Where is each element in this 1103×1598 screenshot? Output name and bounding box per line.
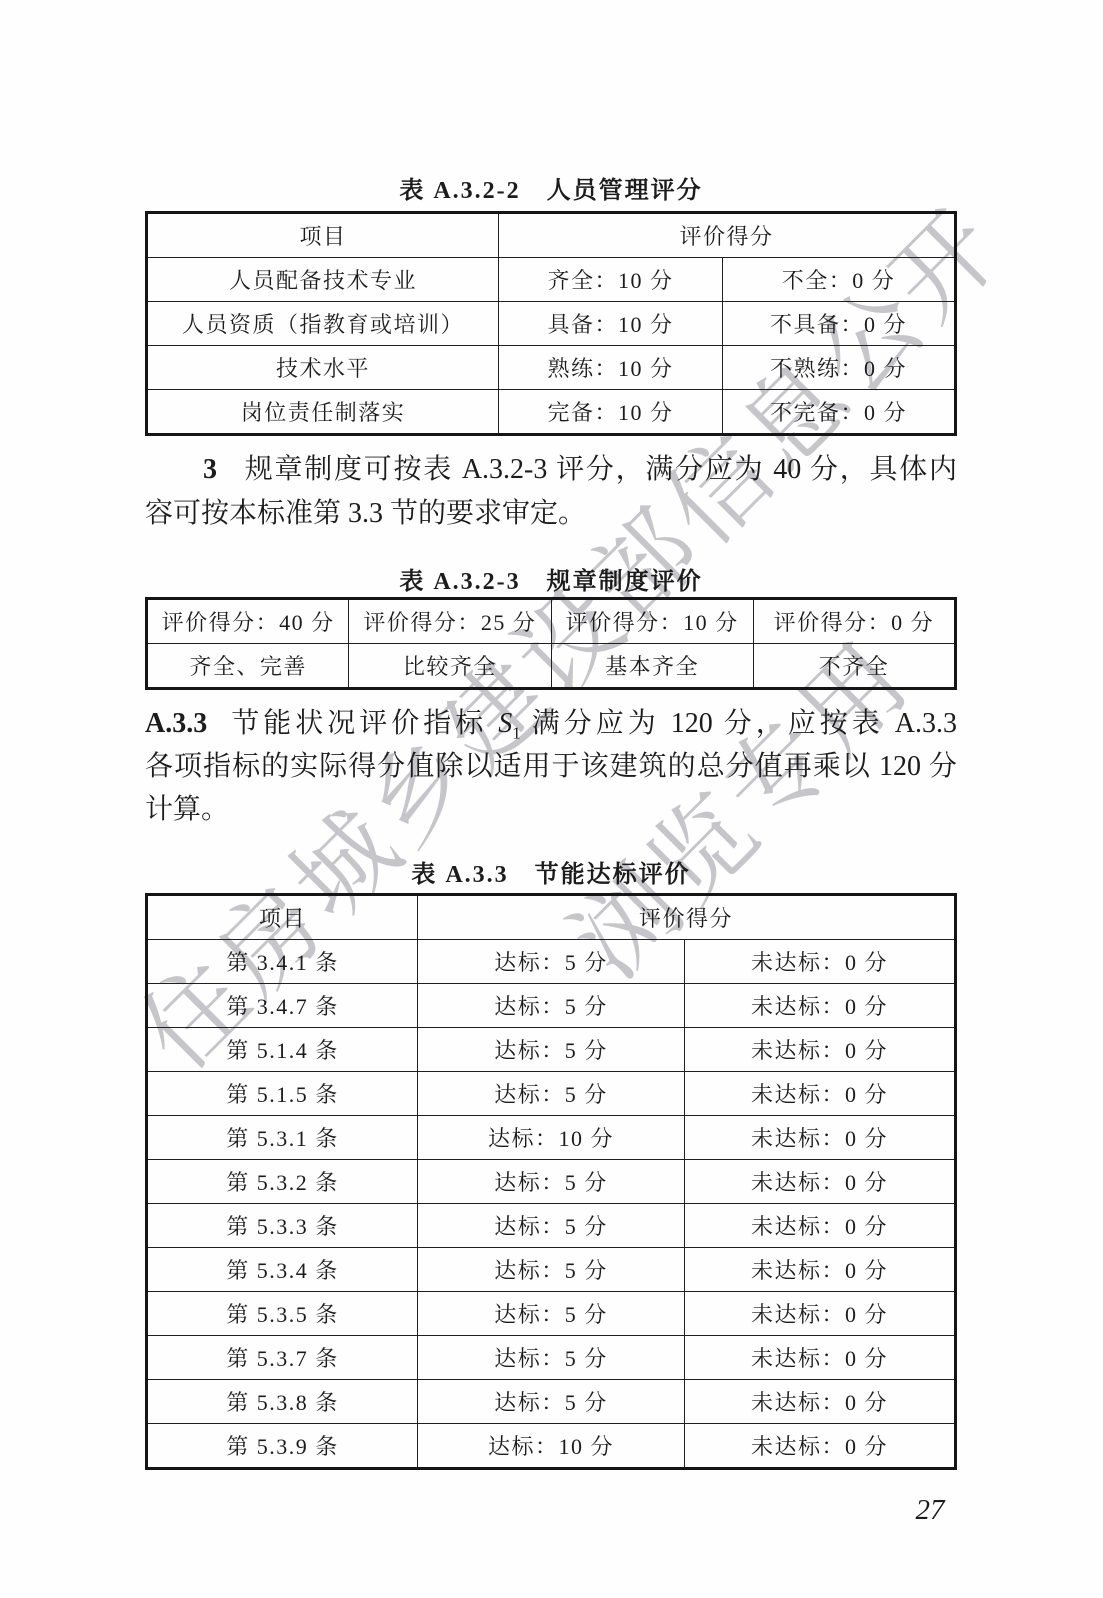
cell-item: 第 5.1.4 条 [147,1028,418,1072]
table3-header-item: 项目 [147,895,418,940]
cell-fail: 未达标：0 分 [684,1204,955,1248]
table-row: 第 3.4.7 条 达标：5 分 未达标：0 分 [147,984,956,1028]
cell-pass: 达标：5 分 [418,940,685,984]
table1-header-row: 项目 评价得分 [147,213,956,258]
table3-title: 表 A.3.3 节能达标评价 [145,854,957,889]
document-page: 住房城乡建设部信息公开 浏览专用 表 A.3.2-2 人员管理评分 项目 评价得… [0,0,1103,1598]
table2-grade-row: 齐全、完善 比较齐全 基本齐全 不齐全 [147,644,956,689]
cell-item: 第 5.3.4 条 [147,1248,418,1292]
paragraph-text: 各项指标的实际得分值除以适用于该建筑的总分值再乘以 120 分 [145,751,957,782]
cell-pass: 齐全：10 分 [498,258,722,302]
table-personnel-management-scoring: 项目 评价得分 人员配备技术专业 齐全：10 分 不全：0 分 人员资质（指教育… [145,211,957,436]
cell-fail: 不具备：0 分 [722,302,955,346]
paragraph-line: 3规章制度可按表 A.3.2-3 评分，满分应为 40 分，具体内 [145,448,957,492]
table-row: 第 5.3.3 条 达标：5 分 未达标：0 分 [147,1204,956,1248]
cell-item: 人员资质（指教育或培训） [147,302,499,346]
cell-item: 岗位责任制落实 [147,390,499,435]
page-number: 27 [900,1494,960,1527]
paragraph-line: 各项指标的实际得分值除以适用于该建筑的总分值再乘以 120 分 [145,745,957,788]
cell-pass: 达标：5 分 [418,1160,685,1204]
cell-pass: 达标：5 分 [418,1204,685,1248]
cell-item: 第 5.3.2 条 [147,1160,418,1204]
table-row: 岗位责任制落实 完备：10 分 不完备：0 分 [147,390,956,435]
paragraph-line: 容可按本标准第 3.3 节的要求审定。 [145,492,957,536]
table-row: 第 3.4.1 条 达标：5 分 未达标：0 分 [147,940,956,984]
variable-subscript: 1 [512,724,521,743]
cell-item: 第 5.3.1 条 [147,1116,418,1160]
cell-score: 评价得分：25 分 [349,599,551,644]
cell-item: 第 3.4.7 条 [147,984,418,1028]
cell-pass: 达标：10 分 [418,1116,685,1160]
table-row: 第 5.1.5 条 达标：5 分 未达标：0 分 [147,1072,956,1116]
cell-pass: 具备：10 分 [498,302,722,346]
cell-fail: 未达标：0 分 [684,1380,955,1424]
cell-score: 评价得分：10 分 [551,599,753,644]
cell-fail: 未达标：0 分 [684,1336,955,1380]
cell-fail: 未达标：0 分 [684,1248,955,1292]
paragraph-line: A.3.3节能状况评价指标 S1 满分应为 120 分，应按表 A.3.3 [145,702,957,745]
cell-item: 第 5.3.5 条 [147,1292,418,1336]
variable-s: S [498,708,512,739]
table-row: 第 5.3.5 条 达标：5 分 未达标：0 分 [147,1292,956,1336]
cell-grade: 基本齐全 [551,644,753,689]
table-row: 人员配备技术专业 齐全：10 分 不全：0 分 [147,258,956,302]
cell-score: 评价得分：40 分 [147,599,349,644]
cell-grade: 齐全、完善 [147,644,349,689]
cell-pass: 熟练：10 分 [498,346,722,390]
cell-fail: 不全：0 分 [722,258,955,302]
cell-pass: 达标：5 分 [418,1292,685,1336]
cell-item: 第 5.1.5 条 [147,1072,418,1116]
table1-header-score: 评价得分 [498,213,955,258]
cell-item: 第 5.3.8 条 [147,1380,418,1424]
cell-item: 第 5.3.7 条 [147,1336,418,1380]
table-energy-saving-evaluation: 项目 评价得分 第 3.4.1 条 达标：5 分 未达标：0 分 第 3.4.7… [145,893,957,1470]
cell-fail: 未达标：0 分 [684,984,955,1028]
table2-title: 表 A.3.2-3 规章制度评价 [145,561,957,596]
table3-header-score: 评价得分 [418,895,956,940]
cell-item: 技术水平 [147,346,499,390]
cell-item: 第 3.4.1 条 [147,940,418,984]
table-row: 第 5.1.4 条 达标：5 分 未达标：0 分 [147,1028,956,1072]
table-row: 第 5.3.1 条 达标：10 分 未达标：0 分 [147,1116,956,1160]
table2-score-row: 评价得分：40 分 评价得分：25 分 评价得分：10 分 评价得分：0 分 [147,599,956,644]
table-row: 第 5.3.4 条 达标：5 分 未达标：0 分 [147,1248,956,1292]
section-a33: A.3.3节能状况评价指标 S1 满分应为 120 分，应按表 A.3.3 各项… [145,702,957,831]
cell-fail: 未达标：0 分 [684,1292,955,1336]
table1-header-item: 项目 [147,213,499,258]
cell-pass: 达标：5 分 [418,1072,685,1116]
cell-pass: 达标：5 分 [418,984,685,1028]
table-row: 技术水平 熟练：10 分 不熟练：0 分 [147,346,956,390]
paragraph-text: 规章制度可按表 A.3.2-3 评分，满分应为 40 分，具体内 [243,454,957,485]
section-label: A.3.3 [145,708,207,739]
table-rules-evaluation: 评价得分：40 分 评价得分：25 分 评价得分：10 分 评价得分：0 分 齐… [145,597,957,690]
paragraph-text: 计算。 [145,794,229,825]
cell-pass: 达标：5 分 [418,1336,685,1380]
paragraph-rules: 3规章制度可按表 A.3.2-3 评分，满分应为 40 分，具体内 容可按本标准… [145,448,957,536]
cell-pass: 达标：5 分 [418,1380,685,1424]
cell-pass: 完备：10 分 [498,390,722,435]
cell-pass: 达标：5 分 [418,1028,685,1072]
cell-fail: 未达标：0 分 [684,940,955,984]
paragraph-text: 容可按本标准第 3.3 节的要求审定。 [145,498,586,529]
table-row: 第 5.3.7 条 达标：5 分 未达标：0 分 [147,1336,956,1380]
cell-item: 人员配备技术专业 [147,258,499,302]
paragraph-text: 节能状况评价指标 [227,708,498,739]
cell-score: 评价得分：0 分 [753,599,955,644]
cell-fail: 未达标：0 分 [684,1028,955,1072]
cell-fail: 未达标：0 分 [684,1160,955,1204]
cell-fail: 不熟练：0 分 [722,346,955,390]
cell-grade: 比较齐全 [349,644,551,689]
item-number: 3 [203,454,217,485]
table3-header-row: 项目 评价得分 [147,895,956,940]
cell-pass: 达标：10 分 [418,1424,685,1469]
paragraph-text: 满分应为 120 分，应按表 A.3.3 [521,708,957,739]
cell-pass: 达标：5 分 [418,1248,685,1292]
table1-title: 表 A.3.2-2 人员管理评分 [145,170,957,205]
table-row: 第 5.3.9 条 达标：10 分 未达标：0 分 [147,1424,956,1469]
cell-item: 第 5.3.3 条 [147,1204,418,1248]
cell-grade: 不齐全 [753,644,955,689]
table-row: 人员资质（指教育或培训） 具备：10 分 不具备：0 分 [147,302,956,346]
cell-fail: 未达标：0 分 [684,1072,955,1116]
cell-fail: 未达标：0 分 [684,1116,955,1160]
cell-fail: 未达标：0 分 [684,1424,955,1469]
paragraph-line: 计算。 [145,788,957,831]
cell-item: 第 5.3.9 条 [147,1424,418,1469]
table-row: 第 5.3.2 条 达标：5 分 未达标：0 分 [147,1160,956,1204]
table-row: 第 5.3.8 条 达标：5 分 未达标：0 分 [147,1380,956,1424]
cell-fail: 不完备：0 分 [722,390,955,435]
